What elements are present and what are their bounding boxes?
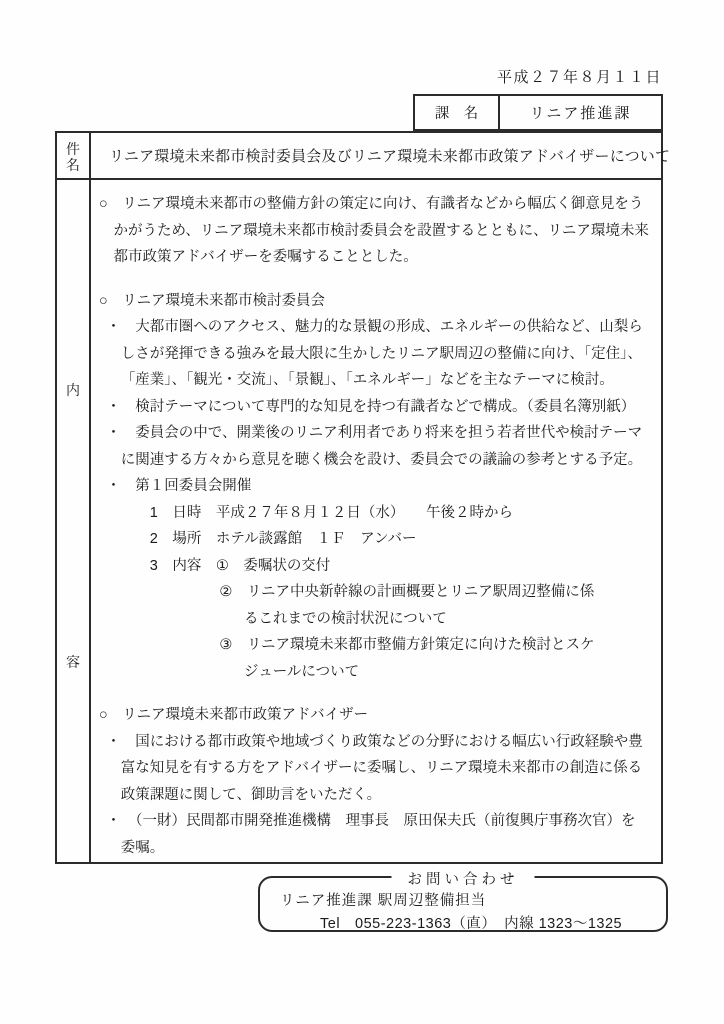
body-line: ○ リニア環境未来都市政策アドバイザー — [99, 702, 657, 729]
department-label: 課 名 — [415, 96, 500, 129]
body-line: ○ リニア環境未来都市の整備方針の策定に向け、有識者などから幅広く御意見をう — [99, 191, 657, 218]
body-line: るこれまでの検討状況について — [99, 606, 657, 633]
body-line: ③ リニア環境未来都市整備方針策定に向けた検討とスケ — [99, 632, 657, 659]
subject-row-label: 件 名 — [57, 133, 91, 178]
body-blank-line — [99, 685, 657, 702]
body-line: 富な知見を有する方をアドバイザーに委嘱し、リニア環境未来都市の創造に係る — [99, 755, 657, 782]
body-line: ○ リニア環境未来都市検討委員会 — [99, 288, 657, 315]
body-line: ・ 第１回委員会開催 — [99, 473, 657, 500]
body-label-char-bottom: 容 — [57, 652, 89, 672]
body-line: 2 場所 ホテル談露館 １Ｆ アンバー — [99, 526, 657, 553]
body-line: 3 内容 ① 委嘱状の交付 — [99, 553, 657, 580]
department-table: 課 名 リニア推進課 — [413, 94, 663, 131]
document-page: 平成２７年８月１１日 課 名 リニア推進課 件 名 リニア環境未来都市検討委員会… — [0, 0, 724, 1024]
subject-title: リニア環境未来都市検討委員会及びリニア環境未来都市政策アドバイザーについて — [91, 133, 670, 178]
body-row: 内 容 ○ リニア環境未来都市の整備方針の策定に向け、有識者などから幅広く御意見… — [57, 180, 661, 862]
body-label-char-top: 内 — [57, 380, 89, 400]
body-line: 都市政策アドバイザーを委嘱することとした。 — [99, 244, 657, 271]
main-table: 件 名 リニア環境未来都市検討委員会及びリニア環境未来都市政策アドバイザーについ… — [55, 131, 663, 864]
body-line: 政策課題に関して、御助言をいただく。 — [99, 782, 657, 809]
subject-row: 件 名 リニア環境未来都市検討委員会及びリニア環境未来都市政策アドバイザーについ… — [57, 133, 661, 180]
body-line: 「産業」、「観光・交流」、「景観」、「エネルギー」などを主なテーマに検討。 — [99, 367, 657, 394]
body-blank-line — [99, 271, 657, 288]
body-line: 委嘱。 — [99, 835, 657, 862]
body-line: に関連する方々から意見を聴く機会を設け、委員会での議論の参考とする予定。 — [99, 447, 657, 474]
body-line: ・ 大都市圏へのアクセス、魅力的な景観の形成、エネルギーの供給など、山梨ら — [99, 314, 657, 341]
contact-box-title: お問い合わせ — [392, 868, 535, 889]
department-value: リニア推進課 — [500, 96, 661, 129]
body-line: ジュールについて — [99, 659, 657, 686]
body-line: ・ 委員会の中で、開業後のリニア利用者であり将来を担う若者世代や検討テーマ — [99, 420, 657, 447]
body-line: 1 日時 平成２７年８月１２日（水） 午後２時から — [99, 500, 657, 527]
body-line: しさが発揮できる強みを最大限に生かしたリニア駅周辺の整備に向け、「定住」、 — [99, 341, 657, 368]
body-line: ② リニア中央新幹線の計画概要とリニア駅周辺整備に係 — [99, 579, 657, 606]
contact-phone: Tel 055-223-1363（直） 内線 1323～1325 — [320, 912, 666, 933]
subject-label-char-bottom: 名 — [57, 155, 89, 175]
body-content: ○ リニア環境未来都市の整備方針の策定に向け、有識者などから幅広く御意見をうかが… — [91, 180, 661, 862]
contact-department: リニア推進課 駅周辺整備担当 — [280, 889, 666, 910]
body-row-label: 内 容 — [57, 180, 91, 862]
document-date: 平成２７年８月１１日 — [55, 66, 662, 87]
body-line: ・ 国における都市政策や地域づくり政策などの分野における幅広い行政経験や豊 — [99, 729, 657, 756]
body-line: ・ （一財）民間都市開発推進機構 理事長 原田保夫氏（前復興庁事務次官）を — [99, 808, 657, 835]
body-line: ・ 検討テーマについて専門的な知見を持つ有識者などで構成。（委員名簿別紙） — [99, 394, 657, 421]
contact-box: お問い合わせ リニア推進課 駅周辺整備担当 Tel 055-223-1363（直… — [258, 876, 668, 932]
body-line: かがうため、リニア環境未来都市検討委員会を設置するとともに、リニア環境未来 — [99, 218, 657, 245]
